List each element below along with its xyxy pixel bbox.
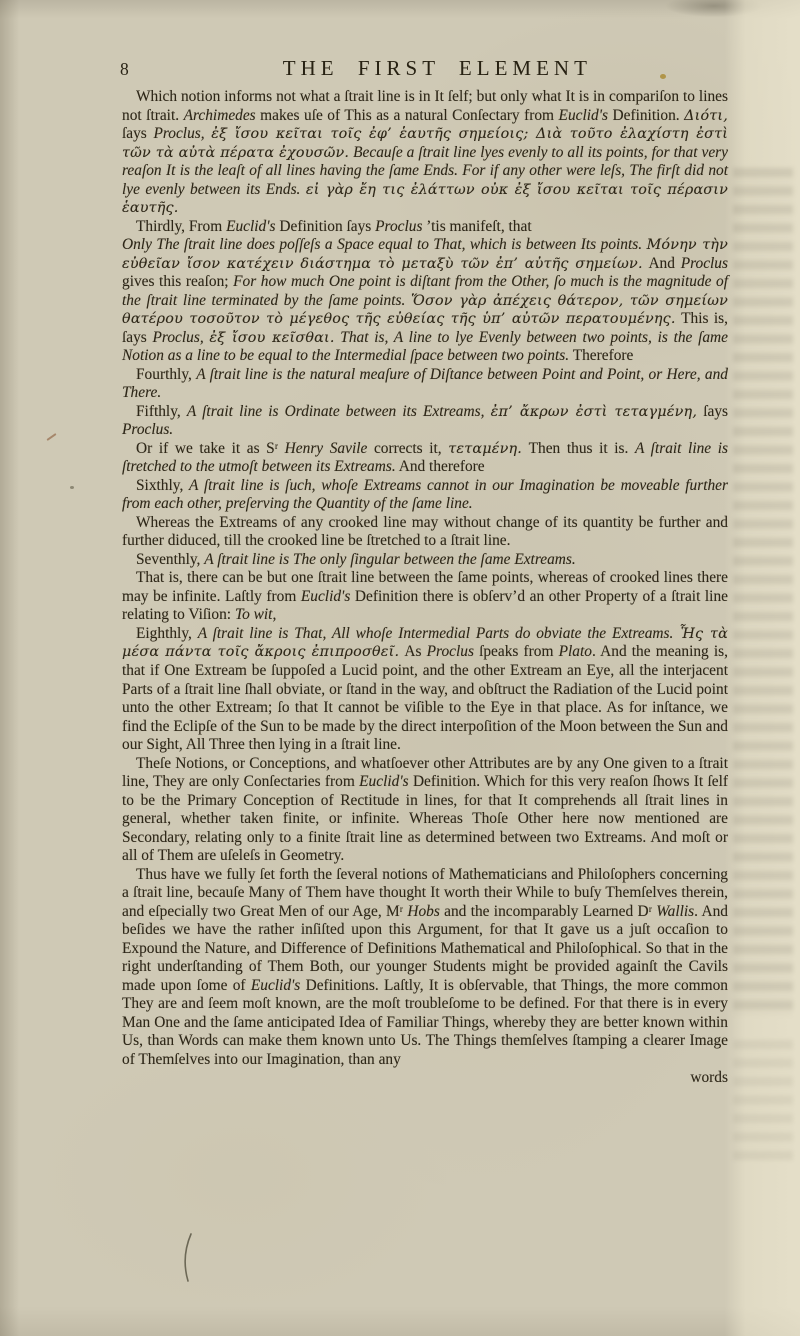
text-segment-italic: Proclus: [375, 218, 422, 235]
text-segment-roman: As: [399, 643, 426, 660]
text-segment-greek: Διότι,: [684, 108, 728, 124]
text-segment-roman: ſays: [697, 403, 728, 420]
text-segment-italic: Proclus: [681, 255, 728, 272]
text-segment-italic: Euclid's: [251, 977, 300, 994]
text-segment-roman: Seventhly,: [136, 551, 204, 568]
text-segment-roman: and the incomparably Learned Dʳ: [440, 903, 656, 920]
paragraph: Thirdly, From Euclid's Definition ſays P…: [122, 218, 728, 237]
text-segment-italic: A ſtrait line is ſuch, whoſe Extreams ca…: [122, 477, 728, 513]
paragraph: Theſe Notions, or Conceptions, and whatſ…: [122, 755, 728, 866]
text-segment-roman: ſays: [122, 125, 153, 142]
margin-speck: [70, 486, 74, 489]
pen-mark: [180, 1232, 202, 1284]
text-segment-roman: gives this reaſon;: [122, 273, 233, 290]
body-text: Which notion informs not what a ſtrait l…: [122, 88, 728, 1088]
paragraph: Sixthly, A ſtrait line is ſuch, whoſe Ex…: [122, 477, 728, 514]
text-segment-roman: Fifthly,: [136, 403, 187, 420]
text-segment-italic: Proclus: [427, 643, 474, 660]
text-segment-roman: Or if we take it as Sʳ: [136, 440, 285, 457]
text-segment-italic: Euclid's: [226, 218, 275, 235]
paragraph: Only The ſtrait line does poſſeſs a Spac…: [122, 236, 728, 366]
text-segment-roman: ’tis manifeſt, that: [422, 218, 531, 235]
text-segment-roman: Whereas the Extreams of any crooked line…: [122, 514, 728, 550]
text-segment-italic: Henry Savile: [285, 440, 368, 457]
verso-showthrough-lower: [733, 1040, 793, 1160]
text-segment-roman: Definition.: [608, 107, 684, 124]
paragraph: Thus have we fully ſet forth the ſeveral…: [122, 866, 728, 1070]
paragraph: Whereas the Extreams of any crooked line…: [122, 514, 728, 551]
text-segment-italic: Euclid's: [301, 588, 350, 605]
paragraph: That is, there can be but one ſtrait lin…: [122, 569, 728, 625]
text-segment-greek: ἐπ’ ἄκρων ἐστὶ τεταγμένη,: [491, 404, 698, 420]
text-segment-roman: makes uſe of This as a natural Conſectar…: [256, 107, 559, 124]
text-segment-roman: And: [643, 255, 681, 272]
text-segment-italic: Wallis: [656, 903, 694, 920]
verso-showthrough: [733, 168, 793, 1016]
text-segment-greek: ἐξ ἴσου κεῖσθαι.: [209, 330, 334, 346]
catchword: words: [122, 1069, 728, 1088]
text-segment-greek: τεταμένη.: [448, 441, 522, 457]
paragraph: Or if we take it as Sʳ Henry Savile corr…: [122, 440, 728, 477]
paragraph: Seventhly, A ſtrait line is The only ſin…: [122, 551, 728, 570]
text-segment-roman: And therefore: [396, 458, 485, 475]
text-segment-italic: Proclus,: [153, 125, 204, 142]
text-segment-italic: A ſtrait line is That, All whoſe Interme…: [198, 625, 674, 642]
text-segment-italic: A ſtrait line is The only ſingular betwe…: [204, 551, 575, 568]
text-segment-roman: Definition ſays: [276, 218, 376, 235]
running-head: 8 THE FIRST ELEMENT: [122, 56, 728, 82]
paragraph: Fifthly, A ſtrait line is Ordinate betwe…: [122, 403, 728, 440]
text-segment-italic: Euclid's: [359, 773, 408, 790]
text-segment-roman: ſpeaks from: [474, 643, 559, 660]
text-segment-roman: Then thus it is.: [522, 440, 635, 457]
text-segment-roman: corrects it,: [367, 440, 448, 457]
text-segment-italic: Archimedes: [184, 107, 256, 124]
text-segment-italic: Only The ſtrait line does poſſeſs a Spac…: [122, 236, 642, 253]
paragraph: Fourthly, A ſtrait line is the natural m…: [122, 366, 728, 403]
text-segment-italic: To wit,: [235, 606, 276, 623]
text-segment-italic: Plato: [559, 643, 592, 660]
text-segment-roman: Sixthly,: [136, 477, 189, 494]
text-segment-roman: Eighthly,: [136, 625, 198, 642]
text-segment-italic: Proclus.: [122, 421, 173, 438]
text-segment-roman: Therefore: [569, 347, 633, 364]
margin-red-tick: [46, 433, 56, 441]
text-segment-italic: A ſtrait line is the natural meaſure of …: [122, 366, 728, 402]
page-title: THE FIRST ELEMENT: [283, 56, 592, 81]
text-segment-italic: Euclid's: [559, 107, 608, 124]
text-segment-italic: Proclus,: [153, 329, 204, 346]
text-segment-italic: Hobs: [407, 903, 440, 920]
paragraph: Eighthly, A ſtrait line is That, All who…: [122, 625, 728, 755]
book-page: 8 THE FIRST ELEMENT Which notion informs…: [0, 0, 800, 1336]
text-segment-italic: A ſtrait line is Ordinate between its Ex…: [187, 403, 485, 420]
text-segment-roman: Thirdly, From: [136, 218, 226, 235]
text-segment-roman: Fourthly,: [136, 366, 196, 383]
page-number: 8: [120, 59, 130, 80]
paragraph: Which notion informs not what a ſtrait l…: [122, 88, 728, 218]
ink-speck: [660, 74, 666, 79]
